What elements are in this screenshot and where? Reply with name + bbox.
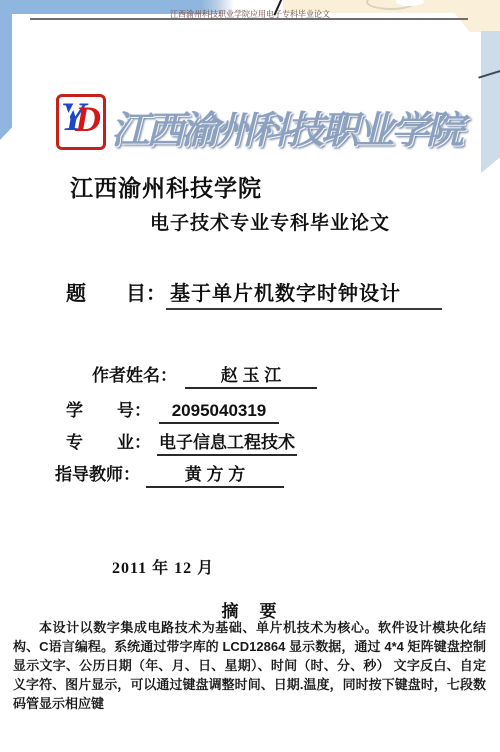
thesis-title-value: 基于单片机数字时钟设计 bbox=[166, 277, 442, 310]
program-line: 电子技术专业专科毕业论文 bbox=[150, 208, 390, 235]
field-author: 作者姓名：赵 玉 江 bbox=[92, 361, 317, 389]
field-advisor-label: 指导教师： bbox=[55, 465, 140, 484]
school-name: 江西渝州科技学院 bbox=[70, 170, 262, 203]
field-major: 专 业：电子信息工程技术 bbox=[66, 428, 297, 456]
thesis-title-label: 题 目： bbox=[66, 283, 166, 305]
school-logo: Y D bbox=[56, 94, 106, 150]
field-author-value: 赵 玉 江 bbox=[185, 361, 317, 389]
background-right-blue-strip bbox=[481, 31, 500, 173]
field-major-value: 电子信息工程技术 bbox=[157, 428, 297, 456]
logo-letter-d: D bbox=[75, 98, 101, 140]
cover-date: 2011 年 12 月 bbox=[112, 555, 214, 578]
abstract-body: 本设计以数字集成电路技术为基础、单片机技术为核心。软件设计模块化结构、C语言编程… bbox=[13, 618, 486, 713]
field-student-id: 学 号：2095040319 bbox=[66, 396, 279, 424]
field-major-label: 专 业： bbox=[66, 433, 151, 452]
running-head-rule bbox=[30, 18, 468, 20]
field-advisor-value: 黄 方 方 bbox=[146, 460, 284, 488]
field-student-id-label: 学 号： bbox=[66, 401, 151, 420]
background-left-blue-strip bbox=[0, 0, 12, 140]
field-author-label: 作者姓名： bbox=[92, 366, 177, 385]
field-student-id-value: 2095040319 bbox=[159, 401, 279, 424]
thesis-title-row: 题 目：基于单片机数字时钟设计 bbox=[66, 277, 442, 310]
field-advisor: 指导教师：黄 方 方 bbox=[55, 460, 284, 488]
school-calligraphy-title: 江西渝州科技职业学院 bbox=[111, 99, 461, 154]
